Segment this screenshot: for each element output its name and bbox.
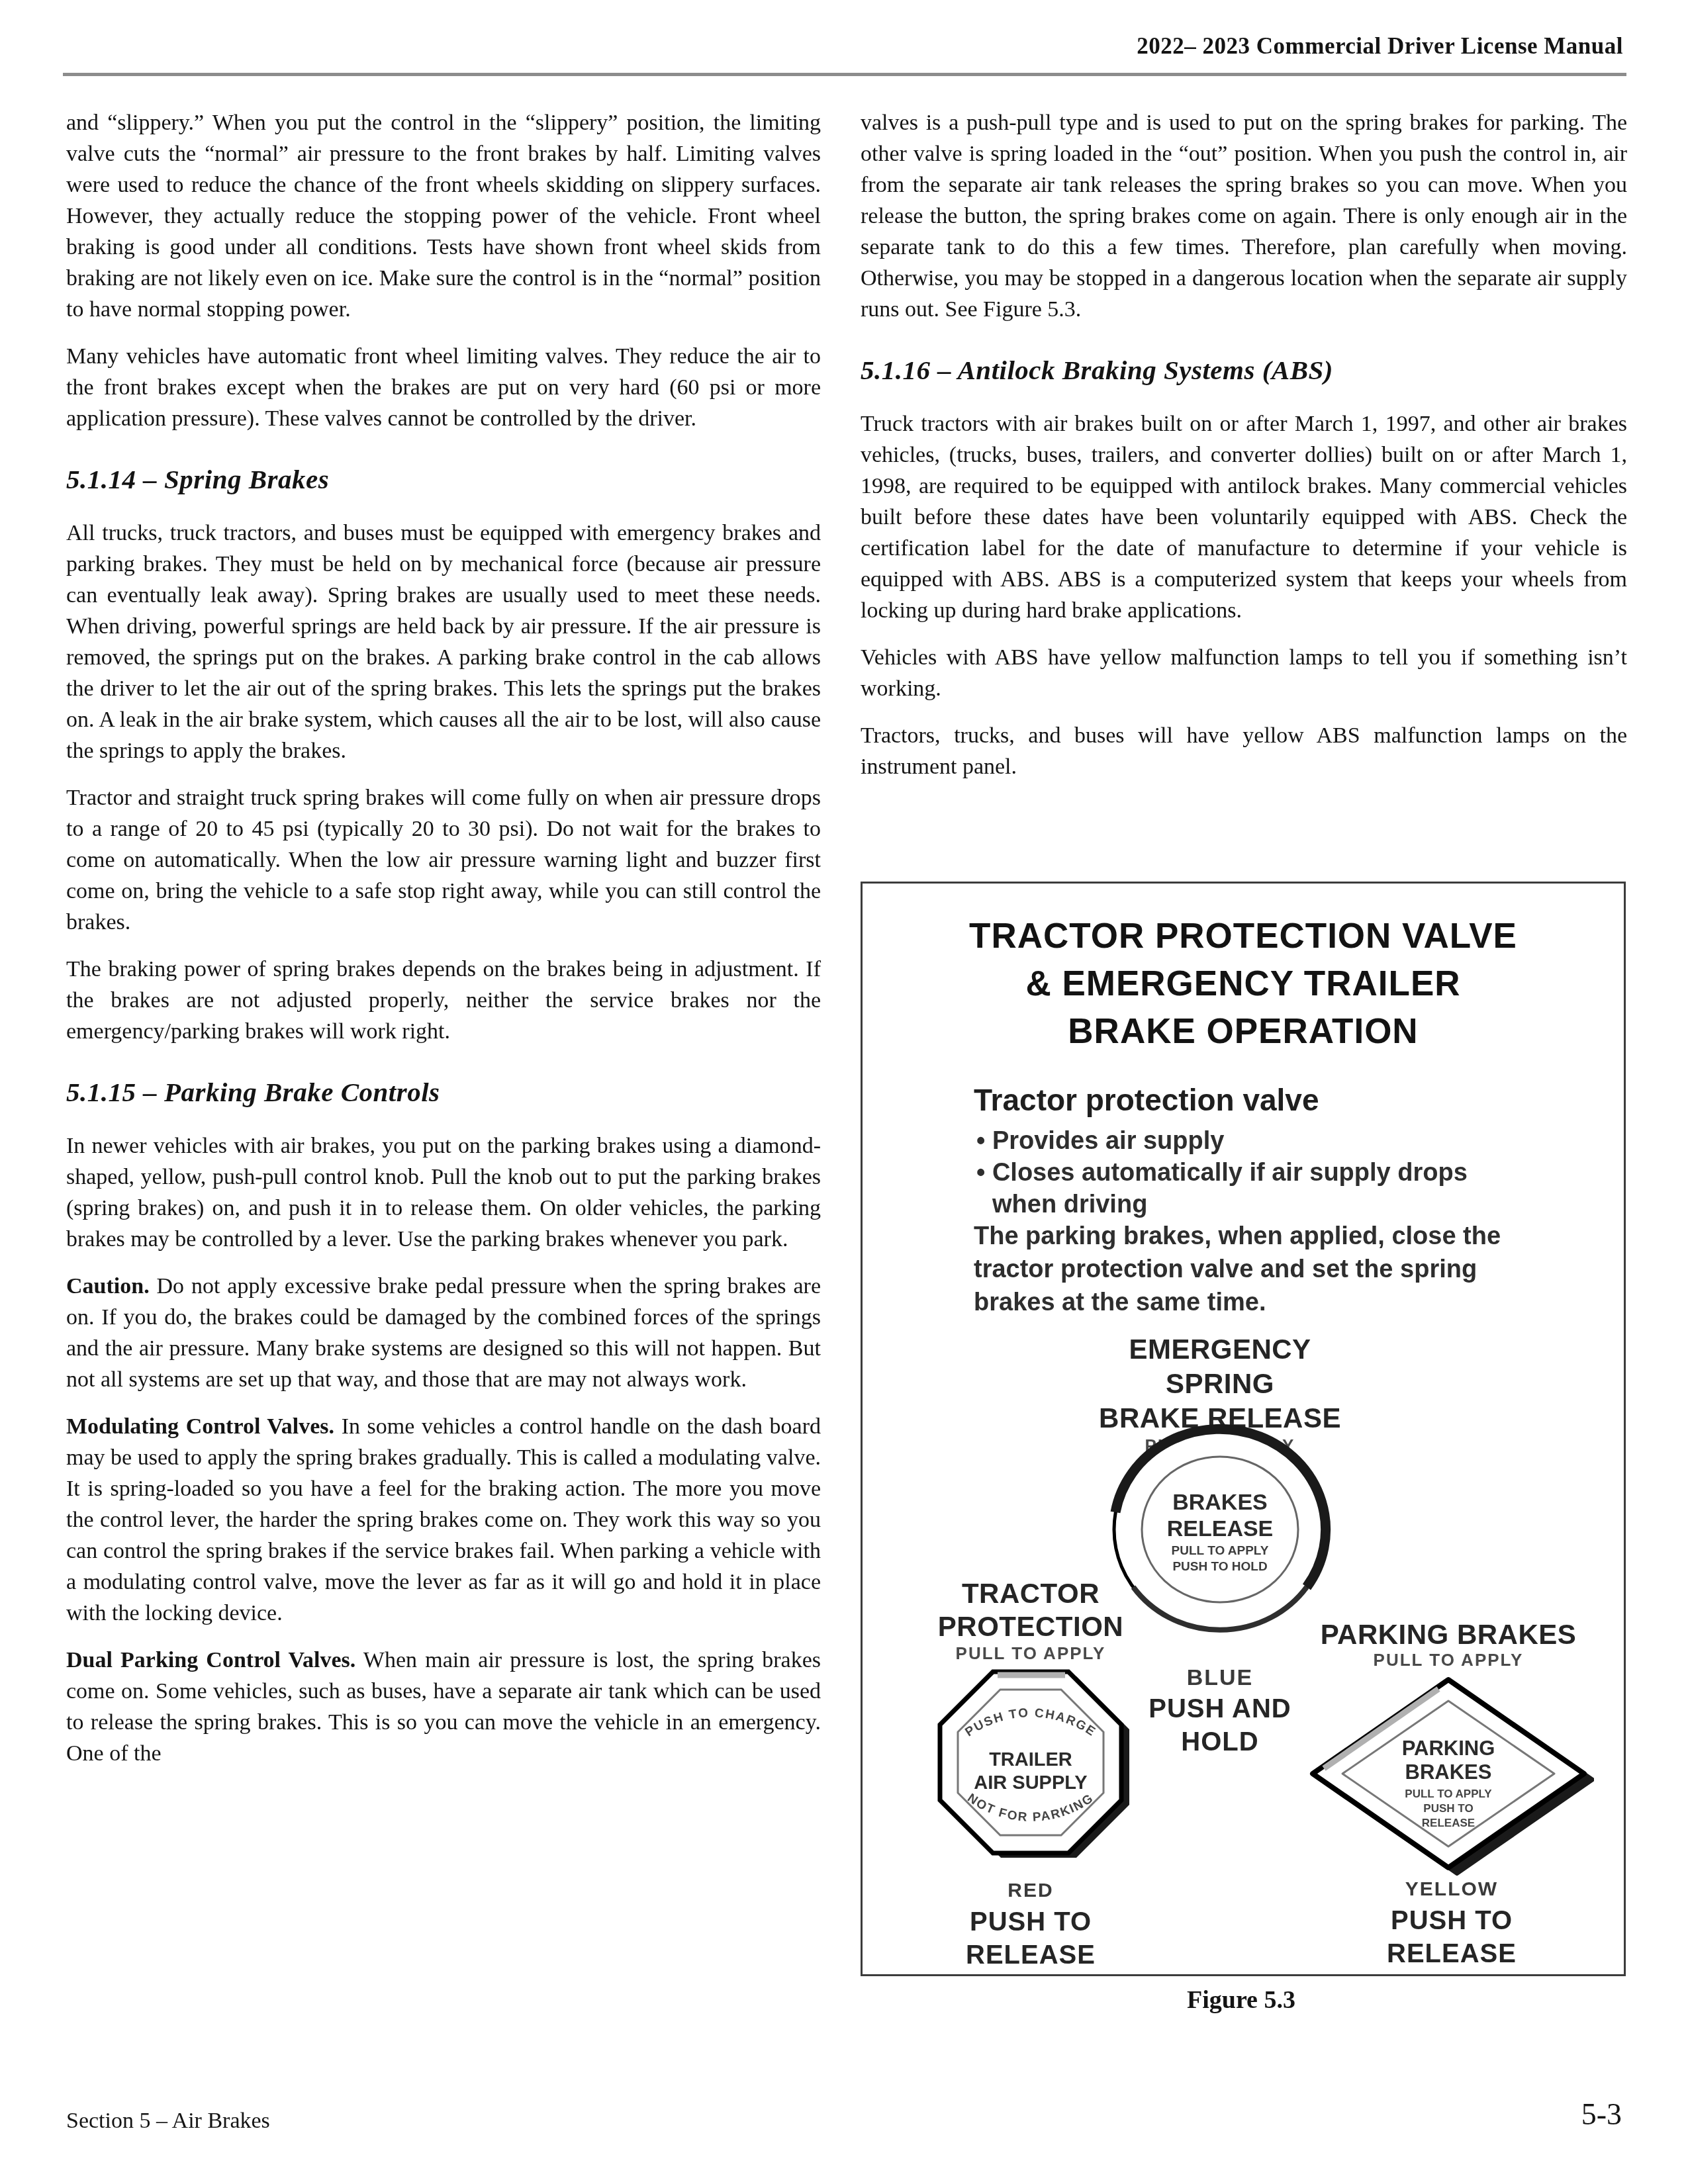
paragraph: valves is a push-pull type and is used t… (861, 107, 1627, 325)
footer-page-number: 5-3 (1581, 2097, 1622, 2132)
paragraph: Caution. Do not apply excessive brake pe… (66, 1271, 821, 1395)
figure-title: TRACTOR PROTECTION VALVE & EMERGENCY TRA… (863, 913, 1624, 1056)
paragraph-lead: Modulating Control Valves. (66, 1414, 334, 1439)
paragraph: Dual Parking Control Valves. When main a… (66, 1645, 821, 1769)
paragraph: Truck tractors with air brakes built on … (861, 408, 1627, 626)
paragraph: and “slippery.” When you put the control… (66, 107, 821, 325)
footer-section-label: Section 5 – Air Brakes (66, 2109, 270, 2134)
knob-text-small: PUSH TO (1423, 1802, 1473, 1815)
manual-page: 2022– 2023 Commercial Driver License Man… (0, 0, 1688, 2184)
trailer-air-supply-knob-graphic: PUSH TO CHARGE TRAILER AIR SUPPLY NOT FO… (925, 1657, 1137, 1868)
knob-text-small: PUSH TO HOLD (1172, 1560, 1267, 1574)
section-heading-5-1-15: 5.1.15 – Parking Brake Controls (66, 1076, 821, 1108)
red-caption: RED PUSH TO RELEASE (898, 1876, 1163, 1972)
paragraph: Tractors, trucks, and buses will have ye… (861, 720, 1627, 782)
paragraph: Vehicles with ABS have yellow malfunctio… (861, 642, 1627, 704)
caption-line: YELLOW (1319, 1875, 1584, 1904)
label-line: PROTECTION (898, 1610, 1163, 1643)
yellow-caption: YELLOW PUSH TO RELEASE (1319, 1875, 1584, 1970)
knob-text: PARKING (1402, 1737, 1495, 1760)
paragraph-lead: Caution. (66, 1274, 150, 1298)
figure-title-line: TRACTOR PROTECTION VALVE (863, 913, 1624, 960)
figure-bullet: Provides air supply (976, 1127, 1224, 1156)
paragraph-text: Do not apply excessive brake pedal press… (66, 1274, 821, 1392)
figure-box: TRACTOR PROTECTION VALVE & EMERGENCY TRA… (861, 882, 1626, 1976)
tractor-protection-label: TRACTOR PROTECTION PULL TO APPLY (898, 1577, 1163, 1664)
paragraph-text: In some vehicles a control handle on the… (66, 1414, 821, 1625)
left-column: and “slippery.” When you put the control… (66, 107, 821, 1785)
paragraph: All trucks, truck tractors, and buses mu… (66, 518, 821, 766)
section-heading-5-1-16: 5.1.16 – Antilock Braking Systems (ABS) (861, 354, 1627, 386)
paragraph: Many vehicles have automatic front wheel… (66, 341, 821, 434)
caption-line: PUSH TO (1319, 1904, 1584, 1937)
knob-text: BRAKES (1405, 1760, 1492, 1784)
caption-line: RELEASE (898, 1938, 1163, 1972)
label-line: TRACTOR (898, 1577, 1163, 1610)
figure-bullet: Closes automatically if air supply drops (976, 1159, 1468, 1187)
knob-text: AIR SUPPLY (974, 1772, 1087, 1794)
right-column: valves is a push-pull type and is used t… (861, 107, 1627, 2015)
figure-title-line: & EMERGENCY TRAILER (863, 960, 1624, 1008)
figure-caption: Figure 5.3 (861, 1985, 1622, 2015)
knob-text: RELEASE (1167, 1516, 1274, 1541)
caption-line: PUSH TO (898, 1905, 1163, 1938)
parking-brakes-label: PARKING BRAKES PULL TO APPLY (1296, 1619, 1601, 1670)
header-title: 2022– 2023 Commercial Driver License Man… (1137, 33, 1623, 60)
paragraph: In newer vehicles with air brakes, you p… (66, 1130, 821, 1255)
paragraph-lead: Dual Parking Control Valves. (66, 1648, 355, 1672)
paragraph: Modulating Control Valves. In some vehic… (66, 1411, 821, 1629)
knob-text-small: PULL TO APPLY (1172, 1544, 1269, 1558)
caption-line: RELEASE (1319, 1937, 1584, 1970)
section-heading-5-1-14: 5.1.14 – Spring Brakes (66, 463, 821, 495)
caption-line: RED (898, 1876, 1163, 1905)
figure-bullet-continuation: when driving (992, 1191, 1147, 1219)
paragraph: Tractor and straight truck spring brakes… (66, 782, 821, 938)
figure-note-line: tractor protection valve and set the spr… (974, 1255, 1477, 1284)
parking-brakes-knob-graphic: PARKING BRAKES PULL TO APPLY PUSH TO REL… (1303, 1668, 1594, 1880)
label-line: EMERGENCY SPRING (1088, 1332, 1352, 1401)
knob-text: BRAKES (1172, 1490, 1268, 1515)
knob-text-small: PULL TO APPLY (1405, 1788, 1492, 1800)
figure-subheading: Tractor protection valve (974, 1082, 1319, 1118)
knob-text: TRAILER (989, 1749, 1072, 1770)
figure-note-line: brakes at the same time. (974, 1289, 1266, 1317)
header-rule (63, 73, 1626, 76)
knob-text-small: RELEASE (1422, 1817, 1475, 1829)
figure-5-3: TRACTOR PROTECTION VALVE & EMERGENCY TRA… (861, 882, 1627, 2015)
figure-note-line: The parking brakes, when applied, close … (974, 1222, 1501, 1251)
label-line: PARKING BRAKES (1296, 1619, 1601, 1650)
figure-title-line: BRAKE OPERATION (863, 1008, 1624, 1056)
paragraph: The braking power of spring brakes depen… (66, 954, 821, 1047)
